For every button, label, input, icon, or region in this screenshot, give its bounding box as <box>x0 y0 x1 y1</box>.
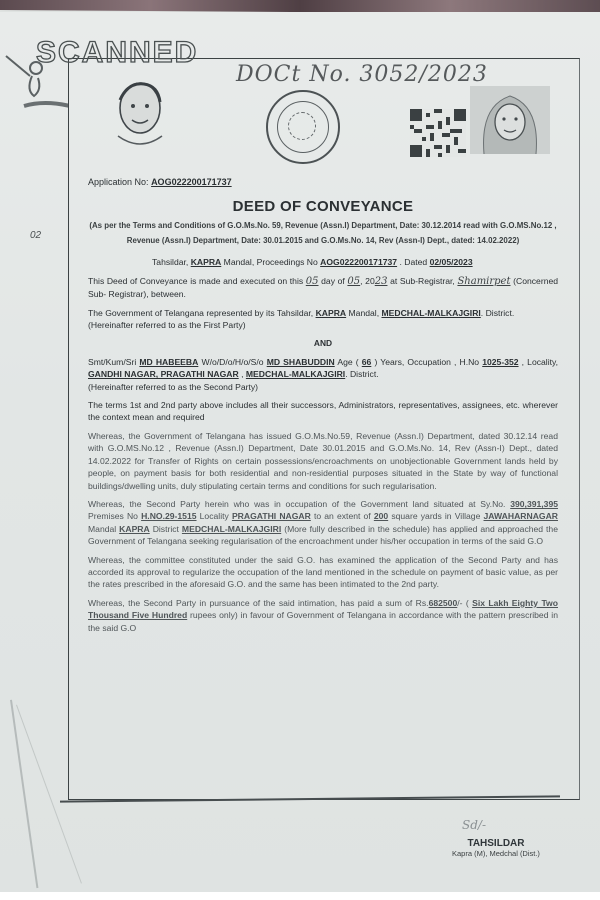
and-separator: AND <box>88 337 558 349</box>
sub-registrar-value: Shamirpet <box>457 276 510 287</box>
whereas-go-paragraph: Whereas, the Government of Telangana has… <box>88 430 558 492</box>
execution-year-value: 23 <box>375 276 388 287</box>
page-title: DEED OF CONVEYANCE <box>88 198 558 216</box>
leader-portrait-image <box>100 72 178 150</box>
application-number-line: Application No: AOG022200171737 <box>88 176 558 188</box>
text: to an extent of <box>314 511 371 521</box>
execution-paragraph: This Deed of Conveyance is made and exec… <box>88 275 558 301</box>
execution-day-value: 05 <box>306 276 319 287</box>
amount-value: 682500 <box>429 598 458 608</box>
second-party-note: (Hereinafter referred to as the Second P… <box>88 382 258 392</box>
relation-name-value: MD SHABUDDIN <box>267 357 335 367</box>
premises-number-value: H.NO.29-1515 <box>141 511 196 521</box>
house-number-value: 1025-352 <box>482 357 518 367</box>
text: , <box>241 369 243 379</box>
district-value: MEDCHAL-MALKAJGIRI <box>246 369 345 379</box>
first-party-paragraph: The Government of Telangana represented … <box>88 307 558 332</box>
page-bottom-edge <box>0 892 600 900</box>
text: . District. <box>345 369 378 379</box>
proceedings-date-value: 02/05/2023 <box>430 257 473 267</box>
text: Mandal, <box>349 308 380 318</box>
text: square yards in Village <box>391 511 480 521</box>
text: Mandal <box>88 524 116 534</box>
text: , Locality, <box>522 357 558 367</box>
district-value: MEDCHAL-MALKAJGIRI <box>182 524 281 534</box>
survey-number-value: 390,391,395 <box>510 499 558 509</box>
document-number-handwritten: DOCt No. 3052/2023 <box>236 62 488 87</box>
extent-value: 200 <box>374 511 388 521</box>
whereas-occupation-paragraph: Whereas, the Second Party herein who was… <box>88 498 558 548</box>
text: Locality <box>200 511 229 521</box>
text: . District. <box>481 308 514 318</box>
text: Whereas, the Second Party herein who was… <box>88 499 505 509</box>
beneficiary-name-value: MD HABEEBA <box>139 357 198 367</box>
tahsildar-signature: Sd/- <box>462 818 486 832</box>
text: Whereas, the Second Party in pursuance o… <box>88 598 429 608</box>
signatory-office: Kapra (M), Medchal (Dist.) <box>452 849 540 858</box>
execution-month-value: 05 <box>347 276 360 287</box>
age-value: 66 <box>362 357 372 367</box>
stamp-figure-icon <box>4 50 68 120</box>
mandal-value: KAPRA <box>119 524 150 534</box>
locality-value: PRAGATHI NAGAR <box>232 511 311 521</box>
application-number-label: Application No: <box>88 177 149 187</box>
deed-subtitle: (As per the Terms and Conditions of G.O.… <box>88 218 558 248</box>
text: District <box>153 524 179 534</box>
village-value: JAWAHARNAGAR <box>484 511 558 521</box>
proceedings-number-value: AOG022200171737 <box>320 257 397 267</box>
beneficiary-photo-image <box>470 86 550 154</box>
mandal-value: KAPRA <box>316 308 347 318</box>
qr-code-icon <box>410 108 466 158</box>
district-value: MEDCHAL-MALKAJGIRI <box>381 308 480 318</box>
text: /- ( <box>457 598 468 608</box>
text: , 20 <box>360 276 375 286</box>
text: Smt/Kum/Sri <box>88 357 136 367</box>
text: The Government of Telangana represented … <box>88 308 313 318</box>
proceedings-line: Tahsildar, KAPRA Mandal, Proceedings No … <box>88 256 558 268</box>
signatory-block: TAHSILDAR Kapra (M), Medchal (Dist.) <box>452 838 540 858</box>
text: day of <box>321 276 345 286</box>
first-party-note: (Hereinafter referred to as the First Pa… <box>88 320 246 330</box>
text: Mandal, Proceedings No <box>224 257 318 267</box>
mandal-value: KAPRA <box>191 257 222 267</box>
text: Tahsildar, <box>152 257 188 267</box>
locality-value: GANDHI NAGAR, PRAGATHI NAGAR <box>88 369 239 379</box>
margin-annotation: 02 <box>30 230 41 241</box>
government-seal-emblem <box>266 90 340 164</box>
signatory-title: TAHSILDAR <box>452 838 540 849</box>
text: W/o/D/o/H/o/S/o <box>201 357 263 367</box>
text: . Dated <box>399 257 427 267</box>
text: Age ( <box>337 357 358 367</box>
text: This Deed of Conveyance is made and exec… <box>88 276 303 286</box>
text: at Sub-Registrar, <box>390 276 455 286</box>
second-party-paragraph: Smt/Kum/Sri MD HABEEBA W/o/D/o/H/o/S/o M… <box>88 356 558 393</box>
application-number-value: AOG022200171737 <box>151 177 232 187</box>
deed-body: Application No: AOG022200171737 DEED OF … <box>88 176 558 640</box>
terms-paragraph: The terms 1st and 2nd party above includ… <box>88 399 558 424</box>
text: ) Years, Occupation , H.No <box>374 357 479 367</box>
whereas-committee-paragraph: Whereas, the committee constituted under… <box>88 554 558 591</box>
whereas-payment-paragraph: Whereas, the Second Party in pursuance o… <box>88 597 558 634</box>
text: Premises No <box>88 511 138 521</box>
